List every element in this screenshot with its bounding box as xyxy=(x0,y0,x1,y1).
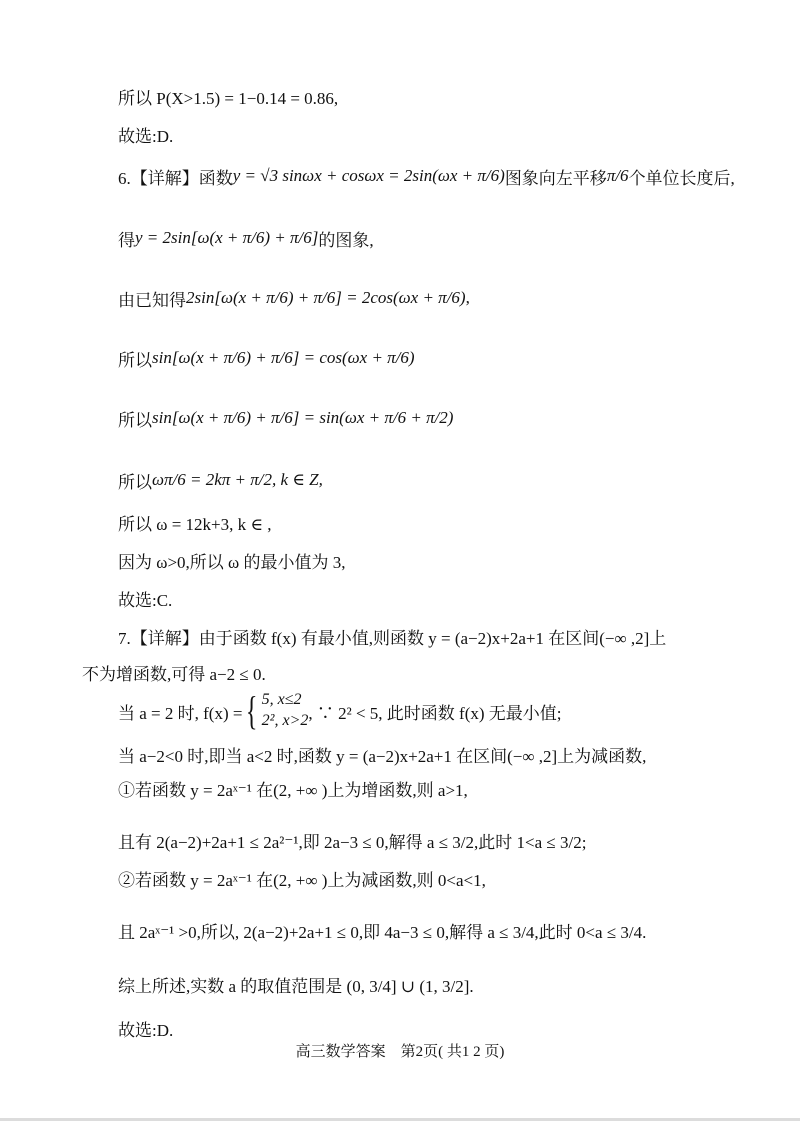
text-line-q7-sub1-solve: 且有 2(a−2)+2a+1 ≤ 2a²⁻¹,即 2a−3 ≤ 0,解得 a ≤… xyxy=(118,820,586,860)
q6-shift-text: 图象向左平移 xyxy=(505,164,607,189)
text-line-q7-sub2: ②若函数 y = 2aˣ⁻¹ 在(2, +∞ )上为减函数,则 0<a<1, xyxy=(118,858,486,898)
piecewise-function: { 5, x≤2 2², x>2 xyxy=(242,690,308,732)
text-line-q6-min: 因为 ω>0,所以 ω 的最小值为 3, xyxy=(118,540,345,580)
line-prefix: 得 xyxy=(118,226,135,251)
text-line-q6-intro: 6.【详解】函数 y = √3 sinωx + cosωx = 2sin(ωx … xyxy=(118,156,735,196)
text-line-q7-sub2-solve: 且 2aˣ⁻¹ >0,所以, 2(a−2)+2a+1 ≤ 0,即 4a−3 ≤ … xyxy=(118,910,646,950)
piecewise-case-1: 5, x≤2 xyxy=(262,690,309,711)
text-line-q7-case-a2: 当 a = 2 时, f(x) = { 5, x≤2 2², x>2 , ∵ 2… xyxy=(118,684,562,738)
line-prefix: 所以 xyxy=(118,468,152,493)
page-footer: 高三数学答案 第2页( 共1 2 页) xyxy=(0,1040,800,1061)
text-line-q6-step1: 所以 sin[ω(x + π/6) + π/6] = cos(ωx + π/6) xyxy=(118,338,415,378)
text-line-q7-conclusion: 综上所述,实数 a 的取值范围是 (0, 3/4] ∪ (1, 3/2]. xyxy=(118,964,474,1004)
math-expr: 2sin[ω(x + π/6) + π/6] = 2cos(ωx + π/6) xyxy=(186,288,466,308)
text-line-q7-intro: 7.【详解】由于函数 f(x) 有最小值,则函数 y = (a−2)x+2a+1… xyxy=(118,616,666,656)
line-prefix: 所以 xyxy=(118,406,152,431)
math-expr: sin[ω(x + π/6) + π/6] = sin(ωx + π/6 + π… xyxy=(152,408,453,428)
line-prefix: 由已知得 xyxy=(118,286,186,311)
math-expr: y = 2sin[ω(x + π/6) + π/6] xyxy=(135,228,318,248)
line-suffix: , ∵ 2² < 5, 此时函数 f(x) 无最小值; xyxy=(308,699,561,724)
line-prefix: 所以 xyxy=(118,346,152,371)
text-line-answer-5: 故选:D. xyxy=(118,114,173,154)
brace-icon: { xyxy=(246,691,258,731)
q6-label: 6.【详解】函数 xyxy=(118,164,233,189)
line-suffix: , xyxy=(466,288,470,308)
text-line-q6-known: 由已知得 2sin[ω(x + π/6) + π/6] = 2cos(ωx + … xyxy=(118,278,470,318)
q6-function-expr: y = √3 sinωx + cosωx = 2sin(ωx + π/6) xyxy=(233,166,505,186)
q6-shift-end: 个单位长度后, xyxy=(629,164,735,189)
piecewise-case-2: 2², x>2 xyxy=(262,711,309,732)
text-line-q6-step3: 所以 ωπ/6 = 2kπ + π/2, k ∈ Z, xyxy=(118,460,323,500)
math-expr: ωπ/6 = 2kπ + π/2, k ∈ Z, xyxy=(152,470,323,490)
text-line-q7-sub1: ①若函数 y = 2aˣ⁻¹ 在(2, +∞ )上为增函数,则 a>1, xyxy=(118,768,468,808)
line-suffix: 的图象, xyxy=(318,226,373,251)
math-expr: sin[ω(x + π/6) + π/6] = cos(ωx + π/6) xyxy=(152,348,415,368)
page-divider xyxy=(0,1118,800,1121)
line-prefix: 当 a = 2 时, f(x) = xyxy=(118,699,242,724)
text-line-prob: 所以 P(X>1.5) = 1−0.14 = 0.86, xyxy=(118,76,338,116)
text-line-q6-omega: 所以 ω = 12k+3, k ∈ , xyxy=(118,502,271,542)
text-line-q6-shifted: 得 y = 2sin[ω(x + π/6) + π/6] 的图象, xyxy=(118,218,374,258)
text-line-q6-step2: 所以 sin[ω(x + π/6) + π/6] = sin(ωx + π/6 … xyxy=(118,398,453,438)
text-line-answer-6: 故选:C. xyxy=(118,578,172,618)
q6-shift-amount: π/6 xyxy=(607,166,629,186)
